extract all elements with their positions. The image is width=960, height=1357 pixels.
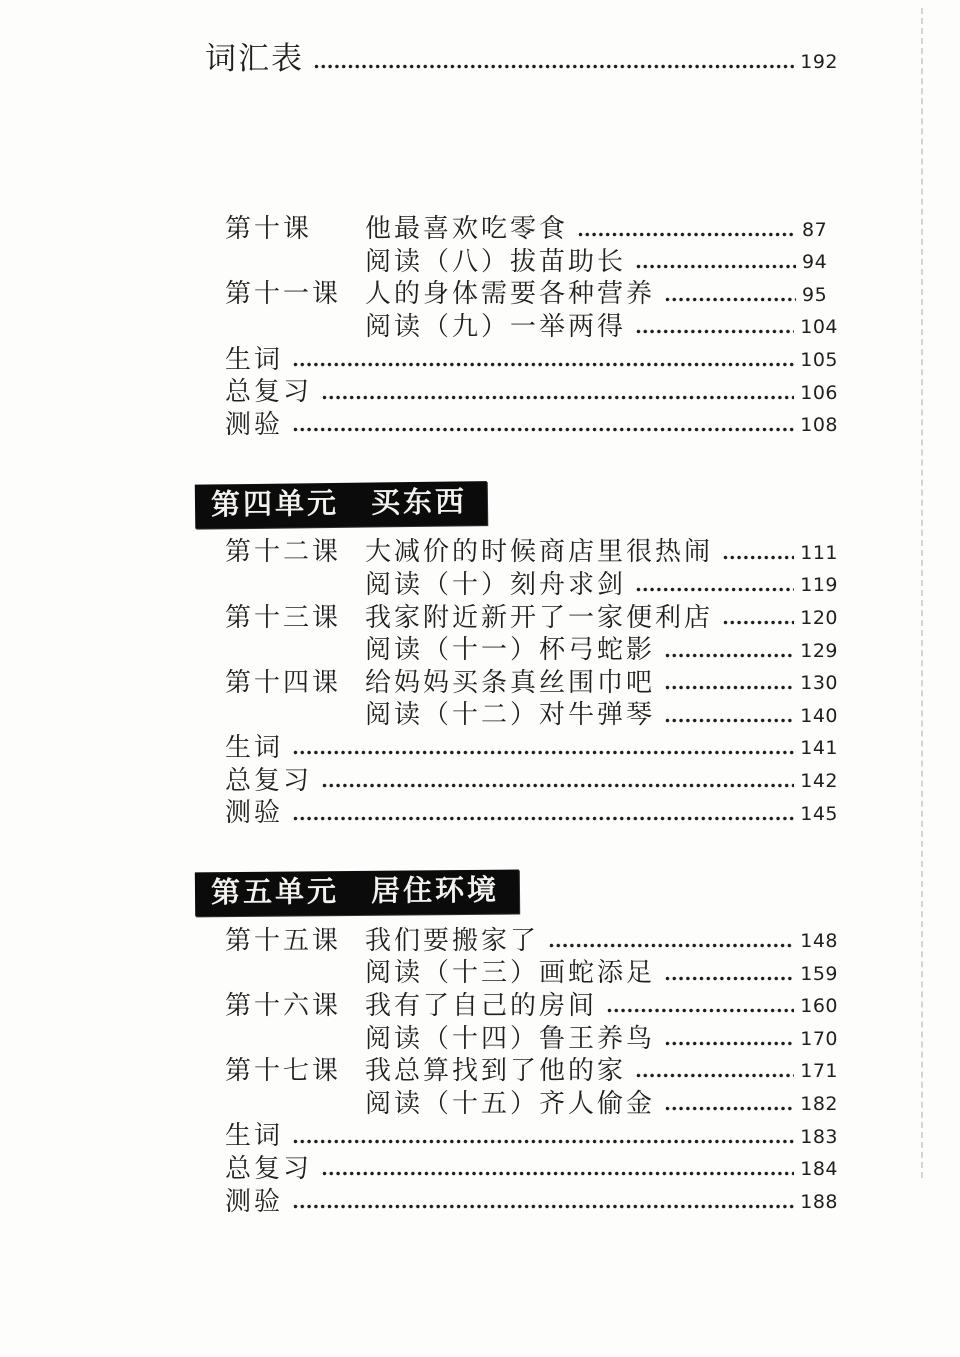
toc-entry: 测验 108 xyxy=(225,408,838,441)
toc-entry: 第十五课 我们要搬家了 148 xyxy=(225,924,838,957)
toc-entry: 阅读（十五）齐人偷金 182 xyxy=(225,1086,838,1119)
entry-title: 我有了自己的房间 xyxy=(365,992,597,1019)
dot-leader xyxy=(293,750,794,755)
scanned-toc-page: 第十课 他最喜欢吃零食 87 阅读（八）拔苗助长 94 第十一课 人的身体需要各… xyxy=(0,0,960,1357)
entry-page-number: 105 xyxy=(800,351,838,370)
entry-page-number: 184 xyxy=(800,1160,838,1179)
table-of-contents: 第十课 他最喜欢吃零食 87 阅读（八）拔苗助长 94 第十一课 人的身体需要各… xyxy=(0,212,960,1217)
entry-page-number: 160 xyxy=(800,997,838,1016)
entry-page-number: 108 xyxy=(800,416,838,435)
entry-title: 阅读（十四）鲁王养鸟 xyxy=(365,1025,655,1052)
toc-entry: 阅读（九）一举两得 104 xyxy=(225,310,838,343)
entry-page-number: 171 xyxy=(800,1062,838,1081)
unit-header: 第五单元 居住环境 xyxy=(195,865,960,914)
entry-page-number: 95 xyxy=(802,286,838,305)
unit-section: 第四单元 买东西 第十二课 大减价的时候商店里很热闹 111 阅读（十）刻舟求剑… xyxy=(0,480,960,828)
toc-entry: 第十二课 大减价的时候商店里很热闹 111 xyxy=(225,535,838,568)
glossary-entry: 词汇表 192 xyxy=(205,36,838,76)
entry-label: 生词 xyxy=(225,346,283,373)
entry-page-number: 106 xyxy=(800,384,838,403)
entry-page-number: 111 xyxy=(800,544,838,563)
toc-entry: 第十一课 人的身体需要各种营养 95 xyxy=(225,277,838,310)
toc-entry: 阅读（十三）画蛇添足 159 xyxy=(225,956,838,989)
entry-title: 大减价的时候商店里很热闹 xyxy=(365,538,713,565)
dot-leader xyxy=(578,232,796,237)
entry-page-number: 145 xyxy=(800,805,838,824)
dot-leader xyxy=(636,329,794,334)
entry-page-number: 119 xyxy=(800,576,838,595)
entry-label: 总复习 xyxy=(225,767,312,794)
entry-title: 给妈妈买条真丝围巾吧 xyxy=(365,669,655,696)
dot-leader xyxy=(293,816,794,821)
unit-header-title: 第四单元 买东西 xyxy=(195,481,488,529)
dot-leader xyxy=(665,685,794,690)
dot-leader xyxy=(293,362,794,367)
entry-page-number: 148 xyxy=(800,932,838,951)
dot-leader xyxy=(665,718,794,723)
entry-title: 阅读（十五）齐人偷金 xyxy=(365,1090,655,1117)
entry-label: 第十五课 xyxy=(225,927,365,954)
entry-label: 测验 xyxy=(225,411,283,438)
toc-entry: 阅读（十）刻舟求剑 119 xyxy=(225,568,838,601)
dot-leader xyxy=(549,943,794,948)
toc-entry: 测验 188 xyxy=(225,1184,838,1217)
entry-page-number: 141 xyxy=(800,739,838,758)
entry-page-number: 188 xyxy=(800,1193,838,1212)
dot-leader xyxy=(665,1041,794,1046)
entry-title: 我总算找到了他的家 xyxy=(365,1057,626,1084)
dot-leader xyxy=(322,395,794,400)
entry-page-number: 129 xyxy=(800,642,838,661)
toc-entry: 第十七课 我总算找到了他的家 171 xyxy=(225,1054,838,1087)
toc-entry: 阅读（八）拔苗助长 94 xyxy=(225,245,838,278)
entry-title: 人的身体需要各种营养 xyxy=(365,280,655,307)
entry-page-number: 130 xyxy=(800,674,838,693)
toc-entry: 总复习 184 xyxy=(225,1152,838,1185)
entry-page-number: 182 xyxy=(800,1095,838,1114)
entry-page-number: 159 xyxy=(800,965,838,984)
entry-title: 我们要搬家了 xyxy=(365,927,539,954)
unit-header: 第四单元 买东西 xyxy=(195,475,960,526)
dot-leader xyxy=(293,1204,794,1209)
entry-label: 总复习 xyxy=(225,378,312,405)
toc-entry: 总复习 106 xyxy=(225,375,838,408)
entry-page-number: 183 xyxy=(800,1128,838,1147)
toc-entry: 第十课 他最喜欢吃零食 87 xyxy=(225,212,838,245)
entry-title: 阅读（八）拔苗助长 xyxy=(365,248,626,275)
dot-leader xyxy=(322,783,794,788)
entry-label: 总复习 xyxy=(225,1155,312,1182)
toc-entry: 生词 183 xyxy=(225,1119,838,1152)
entry-page-number: 142 xyxy=(800,772,838,791)
entry-page-number: 94 xyxy=(802,253,838,272)
entry-label: 第十一课 xyxy=(225,280,365,307)
toc-section: 第十课 他最喜欢吃零食 87 阅读（八）拔苗助长 94 第十一课 人的身体需要各… xyxy=(0,212,960,440)
toc-entry: 阅读（十一）杯弓蛇影 129 xyxy=(225,633,838,666)
toc-entry: 第十三课 我家附近新开了一家便利店 120 xyxy=(225,600,838,633)
entry-title: 阅读（十二）对牛弹琴 xyxy=(365,701,655,728)
dot-leader xyxy=(636,1073,794,1078)
entry-page-number: 87 xyxy=(802,221,838,240)
entry-title: 阅读（十三）画蛇添足 xyxy=(365,959,655,986)
unit-header-title: 第五单元 居住环境 xyxy=(195,869,519,916)
entry-title: 阅读（十一）杯弓蛇影 xyxy=(365,636,655,663)
dot-leader xyxy=(314,64,794,69)
entry-page-number: 140 xyxy=(800,707,838,726)
dot-leader xyxy=(665,976,794,981)
dot-leader xyxy=(723,555,794,560)
dot-leader xyxy=(293,427,794,432)
dot-leader xyxy=(665,297,796,302)
dot-leader xyxy=(322,1171,794,1176)
entry-label: 第十六课 xyxy=(225,992,365,1019)
toc-entry: 阅读（十二）对牛弹琴 140 xyxy=(225,698,838,731)
entry-title: 我家附近新开了一家便利店 xyxy=(365,604,713,631)
entry-label: 第十课 xyxy=(225,215,365,242)
toc-entry: 生词 105 xyxy=(225,342,838,375)
entry-label: 测验 xyxy=(225,1188,283,1215)
entry-label: 第十四课 xyxy=(225,669,365,696)
dot-leader xyxy=(723,620,794,625)
entry-label: 生词 xyxy=(225,1122,283,1149)
toc-entry: 第十四课 给妈妈买条真丝围巾吧 130 xyxy=(225,666,838,699)
glossary-label: 词汇表 xyxy=(205,43,304,76)
entry-title: 阅读（十）刻舟求剑 xyxy=(365,571,626,598)
entry-label: 第十三课 xyxy=(225,604,365,631)
entry-label: 第十二课 xyxy=(225,538,365,565)
entry-page-number: 104 xyxy=(800,318,838,337)
entry-label: 生词 xyxy=(225,734,283,761)
dot-leader xyxy=(607,1008,794,1013)
dot-leader xyxy=(636,264,796,269)
entry-title: 他最喜欢吃零食 xyxy=(365,215,568,242)
toc-entry: 测验 145 xyxy=(225,796,838,829)
dot-leader xyxy=(665,1106,794,1111)
toc-entry: 阅读（十四）鲁王养鸟 170 xyxy=(225,1021,838,1054)
dot-leader xyxy=(665,653,794,658)
unit-section: 第五单元 居住环境 第十五课 我们要搬家了 148 阅读（十三）画蛇添足 159… xyxy=(0,869,960,1217)
toc-entry: 总复习 142 xyxy=(225,763,838,796)
toc-entry: 第十六课 我有了自己的房间 160 xyxy=(225,989,838,1022)
dot-leader xyxy=(636,587,794,592)
entry-title: 阅读（九）一举两得 xyxy=(365,313,626,340)
dot-leader xyxy=(293,1139,794,1144)
toc-entry: 生词 141 xyxy=(225,731,838,764)
entry-label: 测验 xyxy=(225,799,283,826)
entry-page-number: 120 xyxy=(800,609,838,628)
entry-page-number: 170 xyxy=(800,1030,838,1049)
entry-label: 第十七课 xyxy=(225,1057,365,1084)
glossary-page-number: 192 xyxy=(800,53,838,72)
